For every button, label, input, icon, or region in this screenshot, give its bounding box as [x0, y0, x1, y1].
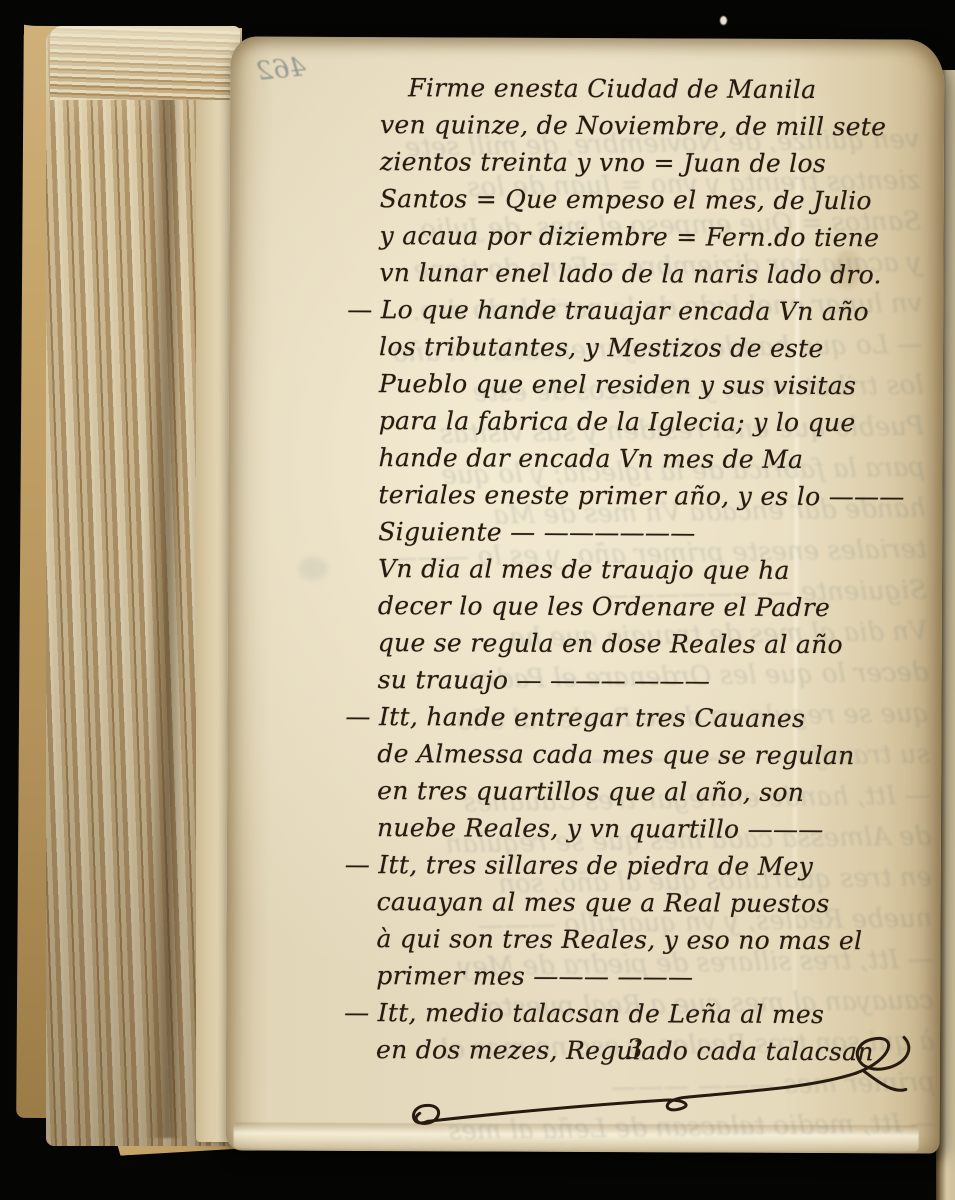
photo-backdrop: 462 ven quinze, de Noviembre, de mill se…: [0, 0, 955, 1200]
manuscript-line: vn lunar enel lado de la naris lado dro.: [379, 254, 939, 293]
page-edges-crevice: [146, 34, 182, 1138]
manuscript-line: y acaua por diziembre = Fern.do tiene: [379, 217, 939, 256]
manuscript-line: — Itt, tres sillares de piedra de Mey: [345, 846, 937, 886]
manuscript-line: — Itt, hande entregar tres Cauanes: [345, 698, 937, 738]
dust-speck: [720, 16, 727, 25]
manuscript-line: — Itt, medio talacsan de Leña al mes: [344, 994, 936, 1034]
manuscript-line: teriales eneste primer año, y es lo ———: [378, 476, 938, 515]
manuscript-line: Firme enesta Ciudad de Manila: [380, 69, 940, 108]
manuscript-line: primer mes ——— ———: [376, 957, 936, 996]
manuscript-line: hande dar encada Vn mes de Ma: [379, 439, 939, 478]
manuscript-line: cauayan al mes que a Real puestos: [377, 883, 937, 922]
manuscript-line: en tres quartillos que al año, son: [377, 772, 937, 811]
manuscript-line: ven quinze, de Noviembre, de mill sete: [380, 106, 940, 145]
manuscript-text: Firme enesta Ciudad de Manilaven quinze,…: [376, 69, 940, 1070]
rubric-flourish: [394, 1029, 934, 1141]
manuscript-line: zientos treinta y vno = Juan de los: [380, 143, 940, 182]
manuscript-line: — Lo que hande trauajar encada Vn año: [347, 291, 939, 331]
page-edges-top: [50, 26, 240, 100]
manuscript-line: de Almessa cada mes que se regulan: [377, 735, 937, 774]
manuscript-line: para la fabrica de la Iglecia; y lo que: [379, 402, 939, 441]
manuscript-line: Vn dia al mes de trauajo que ha: [378, 550, 938, 589]
manuscript-line: que se regula en dose Reales al año: [378, 624, 938, 663]
paper-stain: [298, 557, 328, 581]
manuscript-line: Santos = Que empeso el mes, de Julio: [380, 180, 940, 219]
manuscript-line: su trauajo — ——— ———: [378, 661, 938, 700]
manuscript-line: decer lo que les Ordenare el Padre: [378, 587, 938, 626]
manuscript-page: 462 ven quinze, de Noviembre, de mill se…: [226, 36, 945, 1153]
manuscript-line: nuebe Reales, y vn quartillo ———: [377, 809, 937, 848]
manuscript-line: Siguiente — ——————: [378, 513, 938, 552]
manuscript-line: Pueblo que enel residen y sus visitas: [379, 365, 939, 404]
folio-number-bleedthrough: 462: [255, 52, 307, 87]
manuscript-line: à qui son tres Reales, y eso no mas el: [376, 920, 936, 959]
manuscript-line: los tributantes, y Mestizos de este: [379, 328, 939, 367]
